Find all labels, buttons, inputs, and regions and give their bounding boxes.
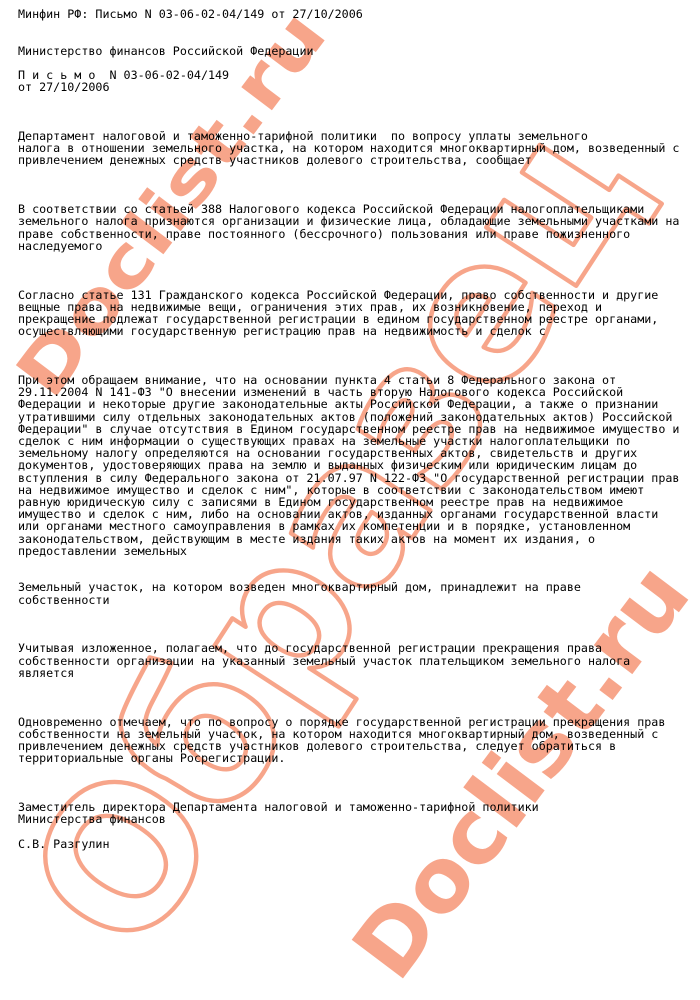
letter-heading: П и с ь м о N 03-06-02-04/149 от 27/10/2… — [18, 69, 679, 93]
signature-position: Заместитель директора Департамента налог… — [18, 801, 679, 825]
letter-body: Минфин РФ: Письмо N 03-06-02-04/149 от 2… — [18, 8, 679, 850]
doc-header: Минфин РФ: Письмо N 03-06-02-04/149 от 2… — [18, 8, 679, 20]
paragraph-1: Департамент налоговой и таможенно-тарифн… — [18, 130, 679, 167]
paragraph-3: Согласно статье 131 Гражданского кодекса… — [18, 289, 679, 338]
paragraph-4: При этом обращаем внимание, что на основ… — [18, 374, 679, 557]
paragraph-2: В соответствии со статьей 388 Налогового… — [18, 203, 679, 252]
signature-name: С.В. Разгулин — [18, 838, 679, 850]
document-page: ОбразецDoclist.ruDoclist.ru Минфин РФ: П… — [0, 0, 700, 1000]
paragraph-5: Земельный участок, на котором возведен м… — [18, 581, 679, 605]
paragraph-7: Одновременно отмечаем, что по вопросу о … — [18, 716, 679, 765]
paragraph-6: Учитывая изложенное, полагаем, что до го… — [18, 642, 679, 679]
ministry-name: Министерство финансов Российской Федерац… — [18, 45, 679, 57]
